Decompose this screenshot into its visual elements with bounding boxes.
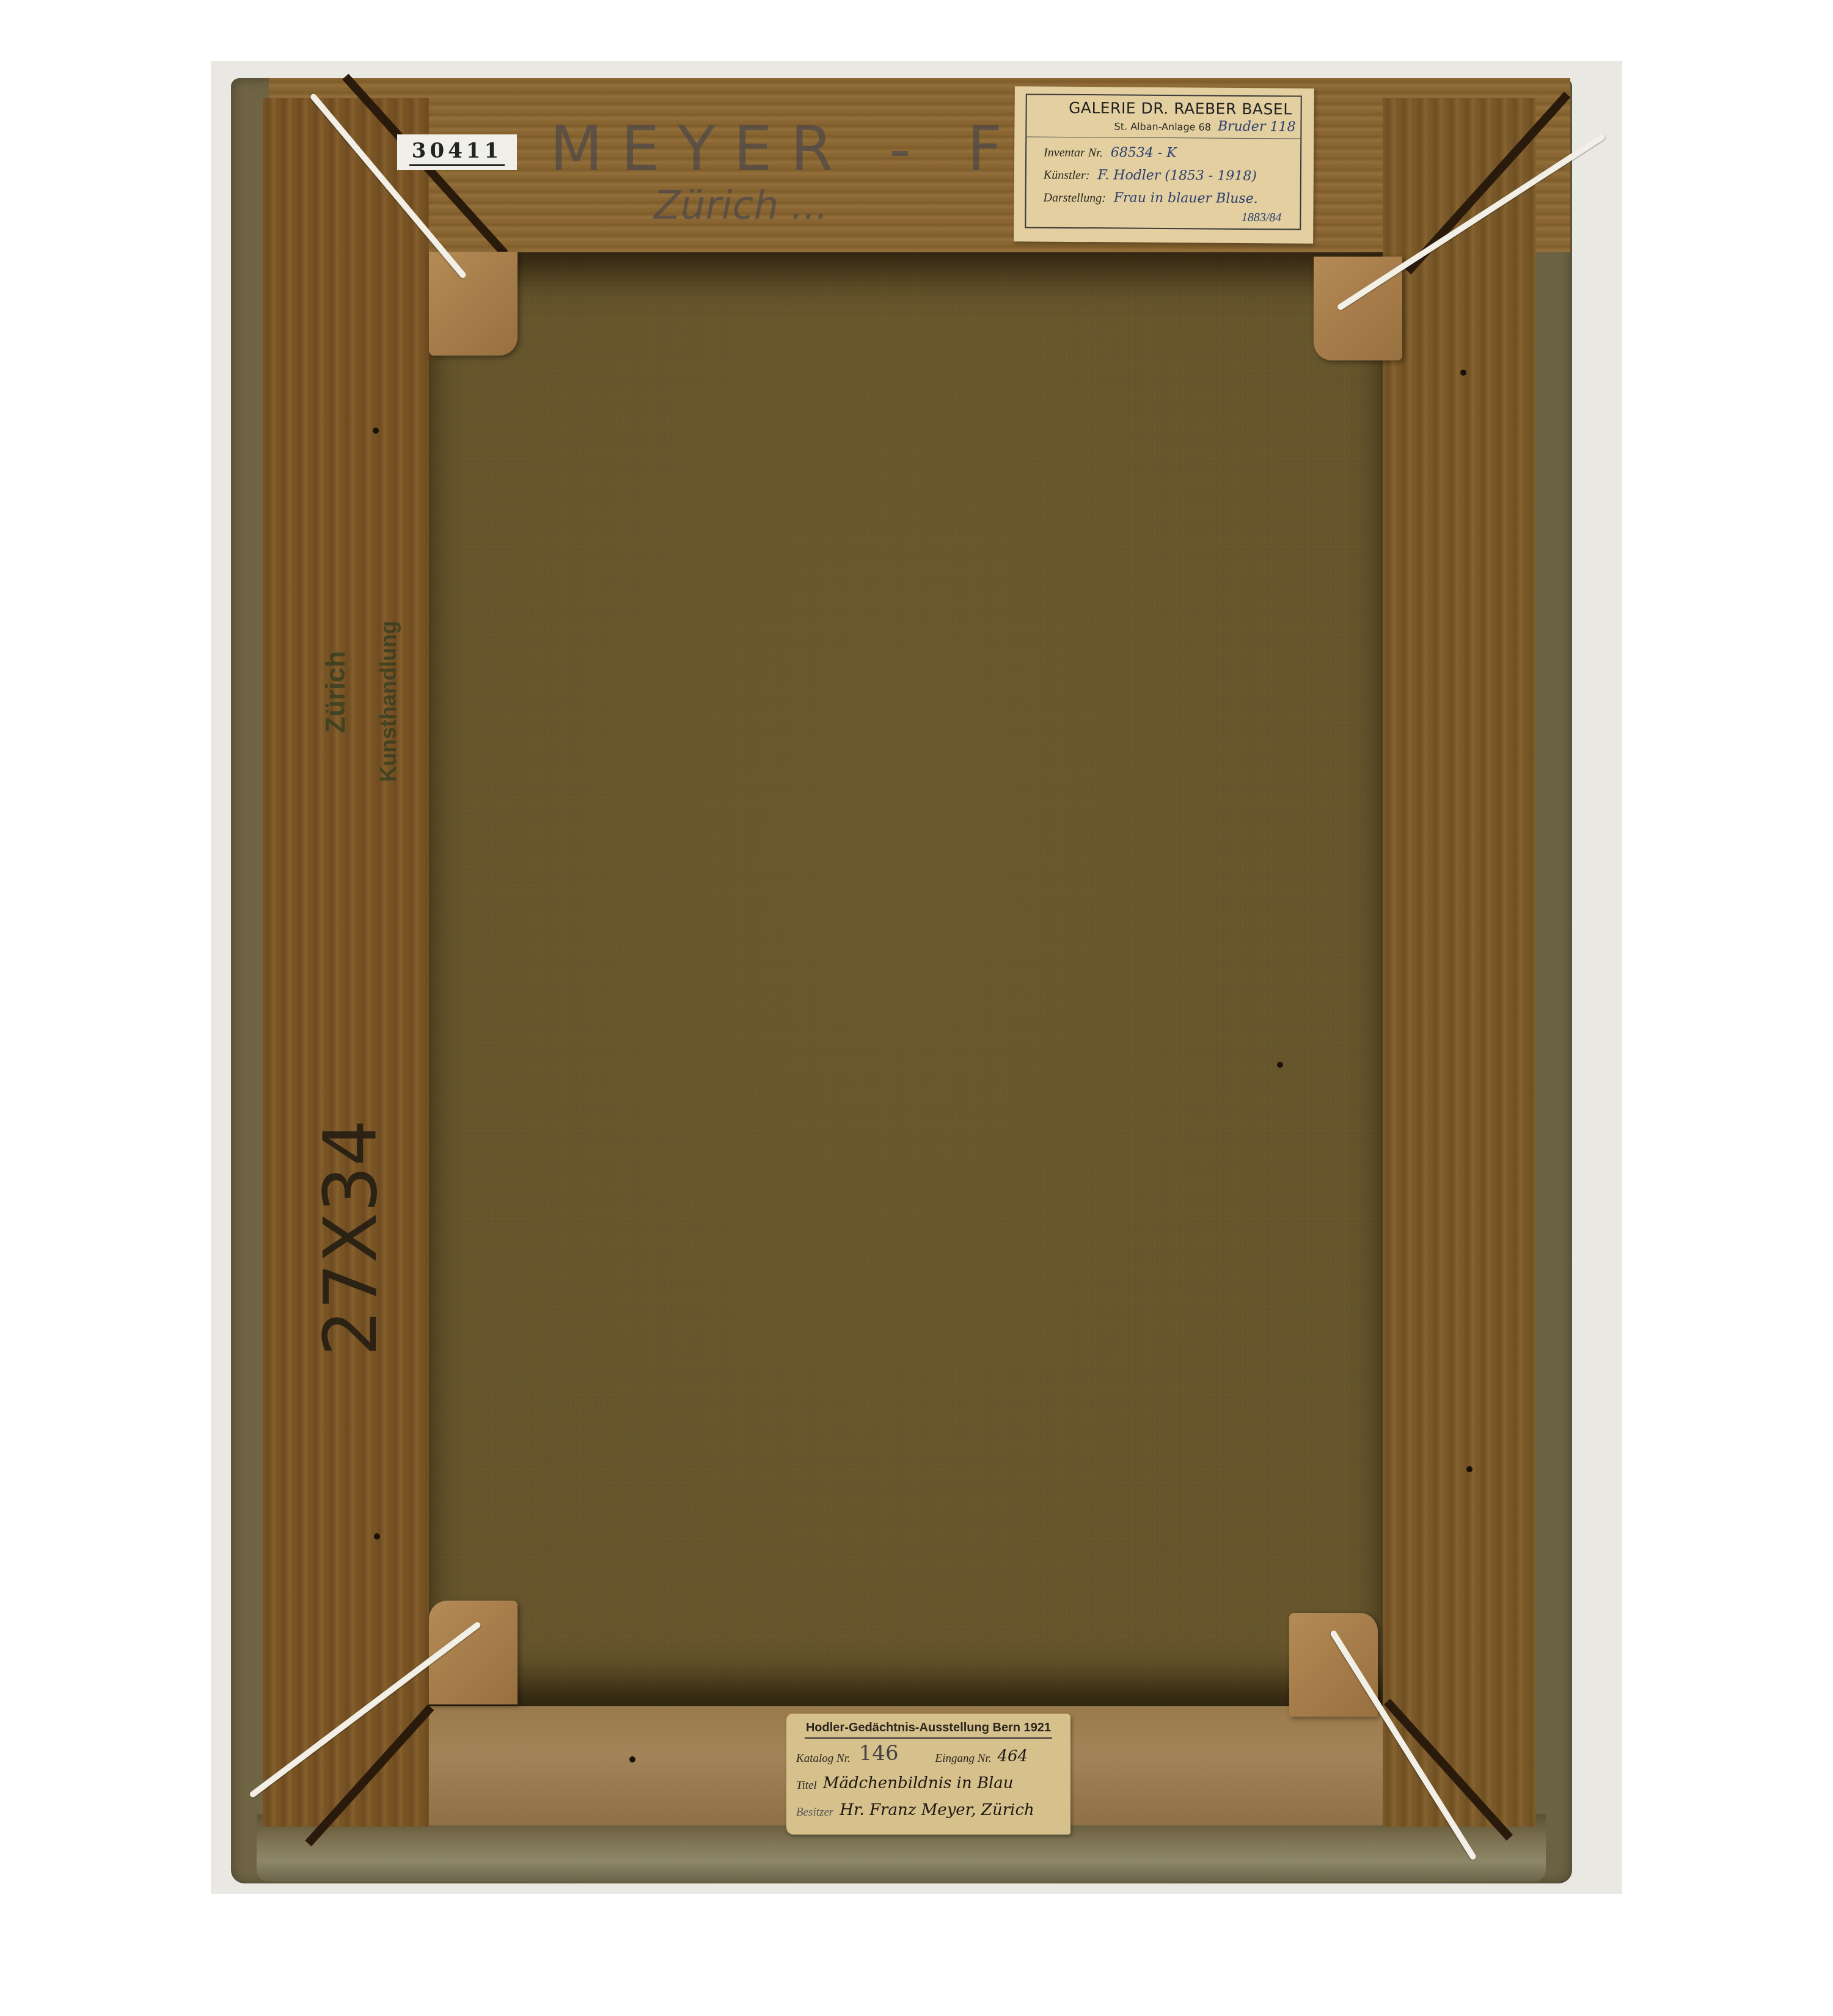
besitzer-label: Besitzer xyxy=(796,1806,833,1819)
stretcher-bar-left xyxy=(263,98,429,1827)
inventar-label: Inventar Nr. xyxy=(1044,146,1103,160)
katalog-row: Katalog Nr. 146 Eingang Nr. 464 xyxy=(786,1739,1070,1766)
besitzer-value: Hr. Franz Meyer, Zürich xyxy=(840,1801,1034,1819)
canvas-back xyxy=(429,252,1383,1706)
pencil-inscription-line1: MEYER - F xyxy=(550,113,1020,184)
dealer-stamp: Kunsthandlung Zürich xyxy=(309,477,412,794)
katalog-value: 146 xyxy=(859,1741,899,1766)
dimension-inscription: 27X34 xyxy=(309,1119,393,1356)
titel-value: Mädchenbildnis in Blau xyxy=(823,1774,1014,1792)
gallery-address-note: Bruder 118 xyxy=(1218,119,1296,135)
dealer-stamp-line1: Kunsthandlung xyxy=(376,621,401,782)
eingang-label: Eingang Nr. xyxy=(935,1752,992,1766)
inventory-number: 30411 xyxy=(409,139,505,166)
gallery-address: St. Alban-Anlage 68 Bruder 118 xyxy=(1026,116,1300,139)
dealer-stamp-line2: Zürich xyxy=(321,651,351,733)
nail-hole xyxy=(629,1756,635,1762)
exhibition-title: Hodler-Gedächtnis-Ausstellung Bern 1921 xyxy=(805,1714,1052,1739)
nail-hole xyxy=(373,428,379,434)
kuenstler-label: Künstler: xyxy=(1044,169,1090,183)
corner-key-top-left xyxy=(429,252,518,356)
exhibition-label: Hodler-Gedächtnis-Ausstellung Bern 1921 … xyxy=(786,1714,1070,1835)
pencil-inscription-line2: Zürich ... xyxy=(654,183,829,228)
darstellung-value: Frau in blauer Bluse. xyxy=(1114,190,1258,206)
inventar-value: 68534 - K xyxy=(1111,145,1177,161)
darstellung-label: Darstellung: xyxy=(1044,191,1106,205)
painting-year: 1883/84 xyxy=(1242,211,1282,225)
inventar-row: Inventar Nr. 68534 - K xyxy=(1026,137,1300,161)
stretcher-bar-right xyxy=(1383,98,1535,1827)
nail-hole xyxy=(1460,370,1466,376)
gallery-address-text: St. Alban-Anlage 68 xyxy=(1114,120,1211,133)
katalog-label: Katalog Nr. xyxy=(796,1752,851,1766)
kuenstler-row: Künstler: F. Hodler (1853 - 1918) xyxy=(1026,159,1300,184)
darstellung-row: Darstellung: Frau in blauer Bluse. xyxy=(1026,182,1300,206)
nail-hole xyxy=(1277,1062,1283,1068)
gallery-label: GALERIE DR. RAEBER BASEL St. Alban-Anlag… xyxy=(1014,86,1314,243)
nail-hole xyxy=(374,1533,380,1539)
nail-hole xyxy=(1466,1466,1473,1472)
corner-key-bottom-right xyxy=(1289,1613,1378,1717)
besitzer-row: Besitzer Hr. Franz Meyer, Zürich xyxy=(786,1792,1070,1819)
titel-label: Titel xyxy=(796,1779,817,1792)
gallery-label-border: GALERIE DR. RAEBER BASEL St. Alban-Anlag… xyxy=(1025,93,1302,230)
gallery-name: GALERIE DR. RAEBER BASEL xyxy=(1027,95,1301,118)
titel-row: Titel Mädchenbildnis in Blau xyxy=(786,1766,1070,1792)
eingang-value: 464 xyxy=(997,1747,1028,1766)
inventory-number-tag: 30411 xyxy=(397,134,517,170)
kuenstler-value: F. Hodler (1853 - 1918) xyxy=(1097,167,1257,184)
